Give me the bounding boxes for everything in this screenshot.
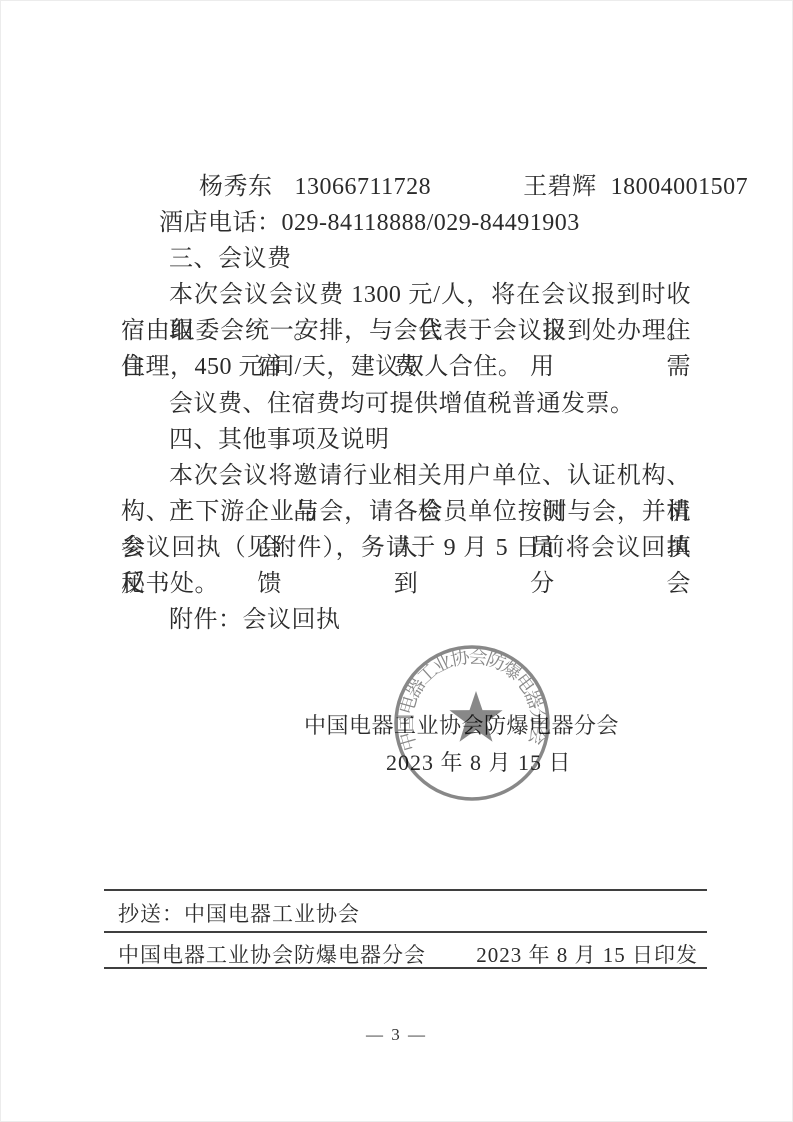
section-heading-fee: 三、会议费 xyxy=(121,241,691,277)
page-number: — 3 — xyxy=(1,1025,792,1045)
document-page: 杨秀东13066711728王碧辉18004001507 酒店电话：029-84… xyxy=(0,0,793,1122)
contact-phone-2: 18004001507 xyxy=(611,174,749,200)
hotel-phone-line: 酒店电话：029-84118888/029-84491903 xyxy=(121,205,691,241)
body-line: 构、上下游企业与会，请各会员单位按时与会，并请参会人员填 xyxy=(121,494,691,530)
contact-phone-1: 13066711728 xyxy=(295,174,432,200)
footer-issue-date: 2023 年 8 月 15 日印发 xyxy=(476,939,698,969)
footer-rule-top xyxy=(104,889,707,891)
document-body: 杨秀东13066711728王碧辉18004001507 酒店电话：029-84… xyxy=(121,169,691,638)
footer-rule-bottom xyxy=(104,967,707,969)
seal-ring-text: 中国电器工业协会防爆电器分会 xyxy=(395,645,550,753)
body-line: 本次会议会议费 1300 元/人，将在会议报到时收取。会议住 xyxy=(121,277,691,313)
footer-issuer: 中国电器工业协会防爆电器分会 xyxy=(118,939,426,969)
footer-issue-row: 中国电器工业协会防爆电器分会 2023 年 8 月 15 日印发 xyxy=(118,939,698,969)
body-line: 本次会议将邀请行业相关用户单位、认证机构、产品检测机 xyxy=(121,458,691,494)
svg-text:中国电器工业协会防爆电器分会: 中国电器工业协会防爆电器分会 xyxy=(395,645,550,753)
body-line: 会议回执（见附件），务请于 9 月 5 日前将会议回执反馈到分会 xyxy=(121,530,691,566)
section-heading-other: 四、其他事项及说明 xyxy=(121,422,691,458)
seal-star-icon xyxy=(449,691,502,742)
body-line: 宿由组委会统一安排，与会代表于会议报到处办理。住宿费用需 xyxy=(121,313,691,349)
invoice-line: 会议费、住宿费均可提供增值税普通发票。 xyxy=(121,386,691,422)
footer-rule-middle xyxy=(104,931,707,933)
footer-cc-line: 抄送：中国电器工业协会 xyxy=(118,898,360,928)
contact-line: 杨秀东13066711728王碧辉18004001507 xyxy=(121,169,691,205)
official-seal-stamp: 中国电器工业协会防爆电器分会 xyxy=(384,636,564,816)
attachment-line: 附件：会议回执 xyxy=(121,602,691,638)
contact-name-2: 王碧辉 xyxy=(523,174,597,200)
contact-name-1: 杨秀东 xyxy=(199,174,273,200)
